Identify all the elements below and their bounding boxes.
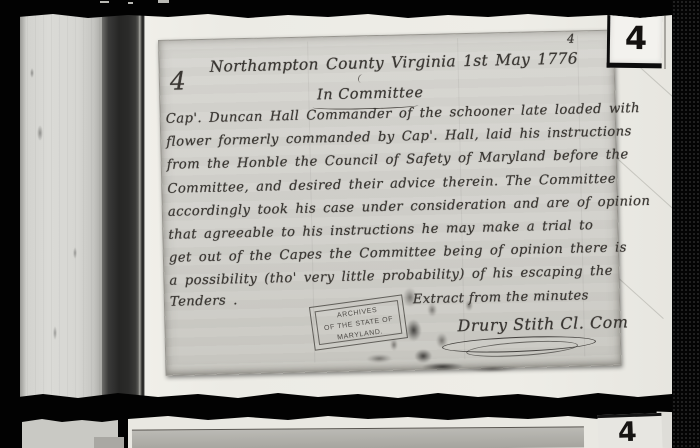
body-line-3: from the Honble the Council of Safety of… [167, 147, 629, 172]
page-number-card: 4 [607, 13, 663, 69]
film-speck [100, 1, 109, 3]
handwritten-page-number-small: 4 [567, 32, 575, 46]
film-speck [128, 2, 133, 4]
halftone-film-edge [672, 0, 700, 448]
film-speck [158, 0, 169, 3]
closing-line: Extract from the minutes [413, 288, 589, 307]
page-number-card-2: 4 [597, 413, 662, 448]
document-page-2-top-edge [132, 426, 584, 448]
ink-smudge [465, 300, 473, 311]
archives-stamp-text: ARCHIVES OF THE STATE OF MARYLAND. [315, 300, 403, 345]
heading-flourish-mark [357, 73, 368, 84]
ink-smudge [390, 339, 398, 351]
body-line-9: Tenders . [170, 293, 238, 310]
dateline: Northampton County Virginia 1st May 1776 [209, 49, 578, 75]
body-line-8: a possibility (tho' very little probabil… [169, 264, 613, 289]
body-line-7: get out of the Capes the Committee being… [169, 240, 627, 265]
book-left-page-edge [20, 13, 102, 399]
page-fragment [94, 437, 124, 448]
card-number-2: 4 [617, 417, 637, 448]
book-gutter-shadow [102, 13, 145, 399]
ink-smudge [405, 319, 421, 341]
card-number: 4 [625, 19, 648, 57]
body-line-5: accordingly took his case under consider… [168, 194, 651, 220]
body-line-2: flower formerly commanded by Cap'. Hall,… [166, 124, 632, 150]
ink-smudge [414, 349, 432, 363]
committee-heading: In Committee [305, 85, 435, 104]
microfilm-scan: 4 4 Northampton County Virginia 1st May … [0, 0, 700, 448]
handwritten-page-number: 4 [170, 66, 187, 95]
ink-smudge [366, 354, 392, 364]
document-page: 4 4 Northampton County Virginia 1st May … [158, 30, 622, 376]
film-frame-1: 4 4 Northampton County Virginia 1st May … [18, 13, 672, 399]
ink-smudge [427, 303, 437, 317]
card-flap-edge [664, 15, 666, 69]
signature: Drury Stith Cl. Com [457, 312, 628, 335]
film-frame-2: 4 [20, 412, 676, 448]
body-line-4: Committee, and desired their advice ther… [167, 172, 616, 197]
body-line-6: that agreeable to his instructions he ma… [168, 218, 593, 243]
